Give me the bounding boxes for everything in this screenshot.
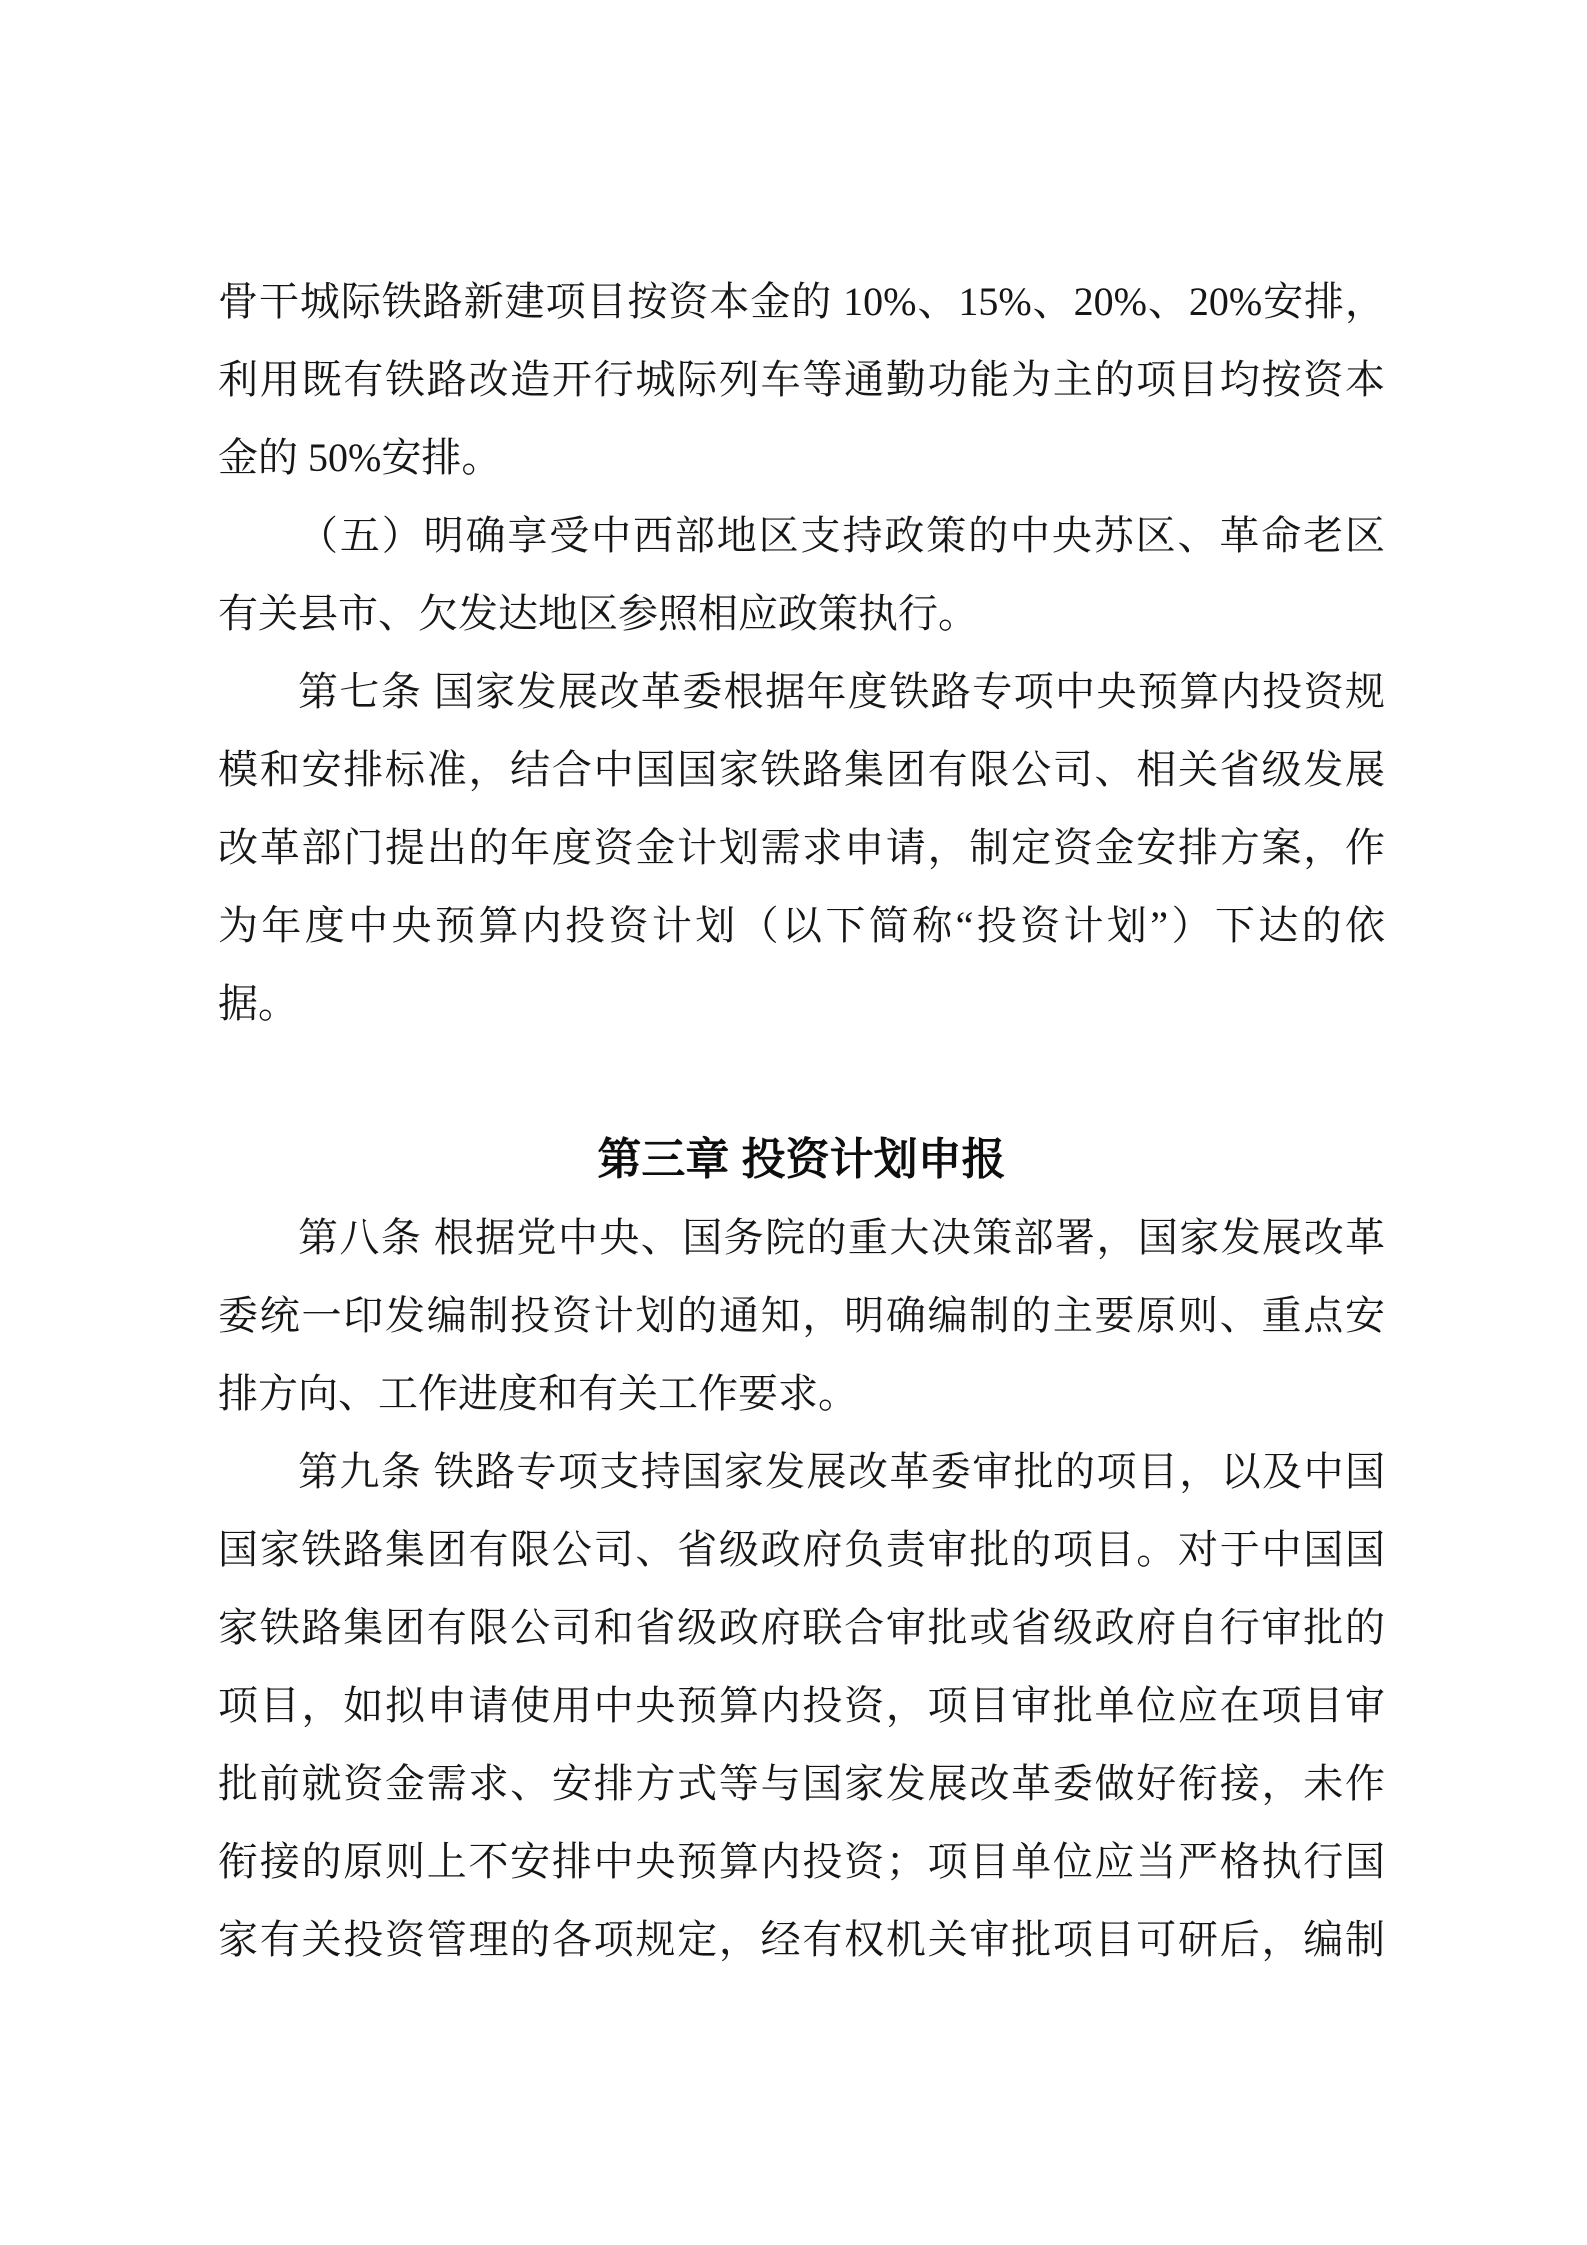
text-line: 有关县市、欠发达地区参照相应政策执行。 (218, 575, 1385, 653)
text-line: 批前就资金需求、安排方式等与国家发展改革委做好衔接，未作 (218, 1745, 1385, 1823)
text-line: 利用既有铁路改造开行城际列车等通勤功能为主的项目均按资本 (218, 341, 1385, 419)
text-line: 第九条 铁路专项支持国家发展改革委审批的项目，以及中国 (218, 1433, 1385, 1511)
text-line: 据。 (218, 965, 1385, 1043)
text-line: 第七条 国家发展改革委根据年度铁路专项中央预算内投资规 (218, 653, 1385, 731)
text-line: 国家铁路集团有限公司、省级政府负责审批的项目。对于中国国 (218, 1511, 1385, 1589)
text-line: 排方向、工作进度和有关工作要求。 (218, 1355, 1385, 1433)
text-line: （五）明确享受中西部地区支持政策的中央苏区、革命老区 (218, 497, 1385, 575)
text-line: 第八条 根据党中央、国务院的重大决策部署，国家发展改革 (218, 1199, 1385, 1277)
text-line: 委统一印发编制投资计划的通知，明确编制的主要原则、重点安 (218, 1277, 1385, 1355)
text-line: 模和安排标准，结合中国国家铁路集团有限公司、相关省级发展 (218, 731, 1385, 809)
text-line: 项目，如拟申请使用中央预算内投资，项目审批单位应在项目审 (218, 1667, 1385, 1745)
document-body: 骨干城际铁路新建项目按资本金的 10%、15%、20%、20%安排，利用既有铁路… (218, 263, 1385, 1979)
text-line: 衔接的原则上不安排中央预算内投资；项目单位应当严格执行国 (218, 1823, 1385, 1901)
text-line: 改革部门提出的年度资金计划需求申请，制定资金安排方案，作 (218, 809, 1385, 887)
text-line: 金的 50%安排。 (218, 419, 1385, 497)
blank-line (218, 1043, 1385, 1121)
text-line: 家有关投资管理的各项规定，经有权机关审批项目可研后，编制 (218, 1901, 1385, 1979)
text-line: 为年度中央预算内投资计划（以下简称“投资计划”）下达的依 (218, 887, 1385, 965)
document-page: 骨干城际铁路新建项目按资本金的 10%、15%、20%、20%安排，利用既有铁路… (0, 0, 1587, 2245)
text-line: 骨干城际铁路新建项目按资本金的 10%、15%、20%、20%安排， (218, 263, 1385, 341)
text-line: 家铁路集团有限公司和省级政府联合审批或省级政府自行审批的 (218, 1589, 1385, 1667)
chapter-heading: 第三章 投资计划申报 (218, 1121, 1385, 1199)
